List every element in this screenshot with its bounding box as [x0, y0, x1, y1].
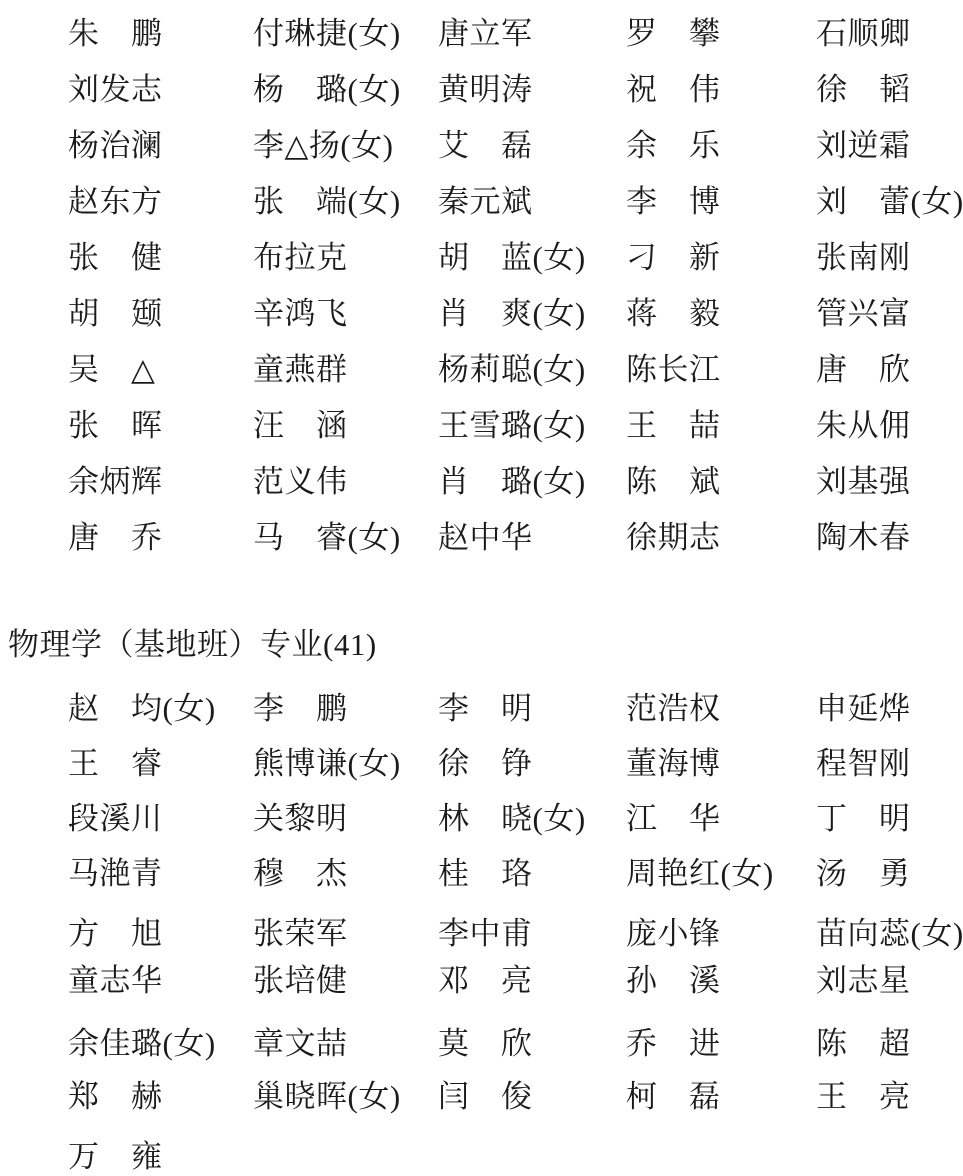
person-name: 丁 明	[816, 800, 911, 838]
person-name: 巢晓晖(女)	[253, 1078, 401, 1116]
person-name: 唐 欣	[816, 351, 911, 389]
person-name: 段溪川	[68, 800, 163, 838]
person-name: 童志华	[68, 962, 163, 1000]
person-name: 穆 杰	[253, 855, 348, 893]
person-name: 祝 伟	[626, 71, 721, 109]
name-row: 段溪川 关黎明 林 晓(女) 江 华 丁 明	[0, 800, 963, 838]
person-name: 陈 超	[816, 1025, 911, 1063]
person-name: 童燕群	[253, 351, 348, 389]
name-row: 王 睿 熊博谦(女) 徐 铮 董海博 程智刚	[0, 745, 963, 783]
person-name: 万 雍	[68, 1138, 163, 1176]
person-name: 桂 珞	[438, 855, 533, 893]
name-row: 余炳辉 范义伟 肖 璐(女) 陈 斌 刘基强	[0, 463, 963, 501]
person-name: 苗向蕊(女)	[816, 915, 963, 953]
name-row: 唐 乔 马 睿(女) 赵中华 徐期志 陶木春	[0, 519, 963, 557]
person-name: 熊博谦(女)	[253, 745, 401, 783]
person-name: 蒋 毅	[626, 295, 721, 333]
person-name: 刁 新	[626, 239, 721, 277]
name-row: 杨治澜 李△扬(女) 艾 磊 余 乐 刘逆霜	[0, 127, 963, 165]
person-name: 刘逆霜	[816, 127, 911, 165]
person-name: 杨莉聪(女)	[438, 351, 586, 389]
person-name: 徐 韬	[816, 71, 911, 109]
person-name: 柯 磊	[626, 1078, 721, 1116]
person-name: 汪 涵	[253, 407, 348, 445]
person-name: 张南刚	[816, 239, 911, 277]
person-name: 艾 磊	[438, 127, 533, 165]
person-name: 陈 斌	[626, 463, 721, 501]
person-name: 张 端(女)	[253, 183, 401, 221]
person-name: 董海博	[626, 745, 721, 783]
name-row: 马滟青 穆 杰 桂 珞 周艳红(女) 汤 勇	[0, 855, 963, 893]
name-list-section-2: 赵 均(女) 李 鹏 李 明 范浩权 申延烨 王 睿 熊博谦(女) 徐 铮 董海…	[0, 665, 963, 1176]
name-row: 张 晖 汪 涵 王雪璐(女) 王 喆 朱从佣	[0, 407, 963, 445]
name-list-section-1: 朱 鹏 付琳捷(女) 唐立军 罗 攀 石顺卿 刘发志 杨 璐(女) 黄明涛 祝 …	[0, 0, 963, 557]
person-name: 汤 勇	[816, 855, 911, 893]
person-name: 石顺卿	[816, 15, 911, 53]
person-name: 胡 颋	[68, 295, 163, 333]
person-name: 闫 俊	[438, 1078, 533, 1116]
name-row: 万 雍	[0, 1138, 963, 1176]
person-name: 杨治澜	[68, 127, 163, 165]
person-name: 庞小锋	[626, 915, 721, 953]
name-row: 余佳璐(女) 章文喆 莫 欣 乔 进 陈 超	[0, 1025, 963, 1063]
document-page: 朱 鹏 付琳捷(女) 唐立军 罗 攀 石顺卿 刘发志 杨 璐(女) 黄明涛 祝 …	[0, 0, 963, 1176]
name-row: 张 健 布拉克 胡 蓝(女) 刁 新 张南刚	[0, 239, 963, 277]
person-name: 张荣军	[253, 915, 348, 953]
person-name: 申延烨	[816, 690, 911, 728]
person-name: 布拉克	[253, 239, 348, 277]
name-row: 童志华 张培健 邓 亮 孙 溪 刘志星	[0, 962, 963, 1000]
person-name: 林 晓(女)	[438, 800, 586, 838]
name-row: 朱 鹏 付琳捷(女) 唐立军 罗 攀 石顺卿	[0, 15, 963, 53]
person-name: 乔 进	[626, 1025, 721, 1063]
person-name: 辛鸿飞	[253, 295, 348, 333]
name-row: 方 旭 张荣军 李中甫 庞小锋 苗向蕊(女)	[0, 915, 963, 953]
person-name: 秦元斌	[438, 183, 533, 221]
person-name: 李 明	[438, 690, 533, 728]
person-name: 徐期志	[626, 519, 721, 557]
person-name: 周艳红(女)	[626, 855, 774, 893]
name-row: 刘发志 杨 璐(女) 黄明涛 祝 伟 徐 韬	[0, 71, 963, 109]
person-name: 李△扬(女)	[253, 127, 394, 165]
person-name: 江 华	[626, 800, 721, 838]
person-name: 方 旭	[68, 915, 163, 953]
person-name: 杨 璐(女)	[253, 71, 401, 109]
person-name: 马滟青	[68, 855, 163, 893]
person-name: 刘 蕾(女)	[816, 183, 963, 221]
section-heading-physics-base-class: 物理学（基地班）专业(41)	[8, 625, 963, 665]
person-name: 王雪璐(女)	[438, 407, 586, 445]
person-name: 赵 均(女)	[68, 690, 216, 728]
name-row: 吴 △ 童燕群 杨莉聪(女) 陈长江 唐 欣	[0, 351, 963, 389]
person-name: 李 博	[626, 183, 721, 221]
person-name: 朱 鹏	[68, 15, 163, 53]
person-name: 付琳捷(女)	[253, 15, 401, 53]
person-name: 赵中华	[438, 519, 533, 557]
person-name: 余炳辉	[68, 463, 163, 501]
person-name: 王 睿	[68, 745, 163, 783]
person-name: 范义伟	[253, 463, 348, 501]
person-name: 张培健	[253, 962, 348, 1000]
person-name: 吴 △	[68, 351, 155, 389]
person-name: 李 鹏	[253, 690, 348, 728]
person-name: 唐 乔	[68, 519, 163, 557]
person-name: 朱从佣	[816, 407, 911, 445]
person-name: 陈长江	[626, 351, 721, 389]
person-name: 程智刚	[816, 745, 911, 783]
person-name: 肖 爽(女)	[438, 295, 586, 333]
person-name: 郑 赫	[68, 1078, 163, 1116]
person-name: 王 喆	[626, 407, 721, 445]
person-name: 管兴富	[816, 295, 911, 333]
person-name: 王 亮	[816, 1078, 911, 1116]
name-row: 郑 赫 巢晓晖(女) 闫 俊 柯 磊 王 亮	[0, 1078, 963, 1116]
person-name: 刘志星	[816, 962, 911, 1000]
person-name: 胡 蓝(女)	[438, 239, 586, 277]
person-name: 余佳璐(女)	[68, 1025, 216, 1063]
name-row: 赵东方 张 端(女) 秦元斌 李 博 刘 蕾(女)	[0, 183, 963, 221]
person-name: 唐立军	[438, 15, 533, 53]
person-name: 赵东方	[68, 183, 163, 221]
person-name: 关黎明	[253, 800, 348, 838]
person-name: 刘基强	[816, 463, 911, 501]
person-name: 罗 攀	[626, 15, 721, 53]
person-name: 陶木春	[816, 519, 911, 557]
person-name: 徐 铮	[438, 745, 533, 783]
person-name: 黄明涛	[438, 71, 533, 109]
person-name: 刘发志	[68, 71, 163, 109]
person-name: 张 晖	[68, 407, 163, 445]
name-row: 胡 颋 辛鸿飞 肖 爽(女) 蒋 毅 管兴富	[0, 295, 963, 333]
person-name: 范浩权	[626, 690, 721, 728]
person-name: 邓 亮	[438, 962, 533, 1000]
person-name: 孙 溪	[626, 962, 721, 1000]
person-name: 莫 欣	[438, 1025, 533, 1063]
person-name: 章文喆	[253, 1025, 348, 1063]
name-row: 赵 均(女) 李 鹏 李 明 范浩权 申延烨	[0, 690, 963, 728]
person-name: 李中甫	[438, 915, 533, 953]
person-name: 张 健	[68, 239, 163, 277]
person-name: 马 睿(女)	[253, 519, 401, 557]
person-name: 肖 璐(女)	[438, 463, 586, 501]
person-name: 余 乐	[626, 127, 721, 165]
